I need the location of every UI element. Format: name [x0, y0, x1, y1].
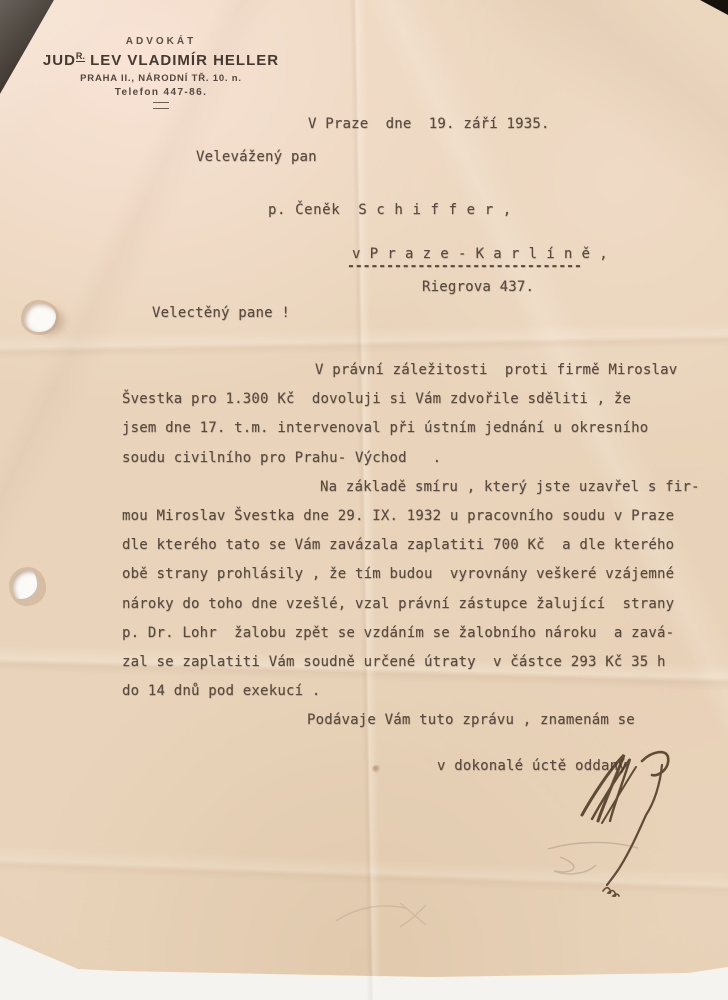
body-line: jsem dne 17. t.m. intervenoval při ústní…: [122, 414, 702, 443]
letterhead-profession: ADVOKÁT: [0, 36, 322, 47]
faint-pencil-mark: [330, 895, 450, 935]
recipient-intro: Velevážený pan: [196, 149, 317, 165]
body-line: V právní záležitosti proti firmě Mirosla…: [315, 356, 702, 385]
recipient-name: p. Čeněk S c h i f f e r ,: [268, 202, 512, 218]
letterhead-phone: Telefon 447-86.: [0, 87, 322, 98]
scanned-letter: ADVOKÁT JUDR. LEV VLADIMÍR HELLER PRAHA …: [0, 0, 728, 1000]
letterhead-name-superscript: R.: [76, 51, 85, 62]
body-line: obě strany prohlásily , že tím budou vyr…: [122, 560, 702, 589]
body-line: Švestka pro 1.300 Kč dovoluji si Vám zdv…: [122, 385, 702, 414]
letter-body: V právní záležitosti proti firmě Mirosla…: [122, 356, 702, 735]
body-line: do 14 dnů pod exekucí .: [122, 677, 702, 706]
punch-hole-bottom: [12, 570, 43, 603]
body-line: dle kterého tato se Vám zavázala zaplati…: [122, 531, 702, 560]
body-line: mou Miroslav Švestka dne 29. IX. 1932 u …: [122, 502, 702, 531]
body-line: p. Dr. Lohr žalobu zpět se vzdáním se ža…: [122, 619, 702, 648]
letterhead-name: JUDR. LEV VLADIMÍR HELLER: [0, 51, 322, 69]
recipient-city-underline: ------------------------------: [347, 259, 582, 274]
body-closing-sentence: Podávaje Vám tuto zprávu , znamenám se: [307, 706, 702, 735]
body-line: zal se zaplatiti Vám soudně určené útrat…: [122, 648, 702, 677]
handwritten-signature: [530, 745, 700, 920]
letterhead-address: PRAHA II., NÁRODNÍ TŘ. 10. n.: [0, 73, 322, 84]
body-line: nároky do toho dne vzešlé, vzal právní z…: [122, 590, 702, 619]
dateline: V Praze dne 19. září 1935.: [308, 116, 550, 132]
paper-stain: [372, 765, 381, 773]
letterhead-name-prefix: JUD: [43, 52, 76, 69]
recipient-street: Riegrova 437.: [422, 279, 534, 295]
letterhead-flourish: [153, 102, 169, 109]
body-line: Na základě smíru , který jste uzavřel s …: [320, 473, 702, 502]
letterhead-name-rest: LEV VLADIMÍR HELLER: [85, 52, 279, 69]
body-line: soudu civilního pro Prahu- Východ .: [122, 444, 702, 473]
salutation: Velectěný pane !: [152, 305, 290, 321]
letterhead: ADVOKÁT JUDR. LEV VLADIMÍR HELLER PRAHA …: [0, 36, 322, 109]
